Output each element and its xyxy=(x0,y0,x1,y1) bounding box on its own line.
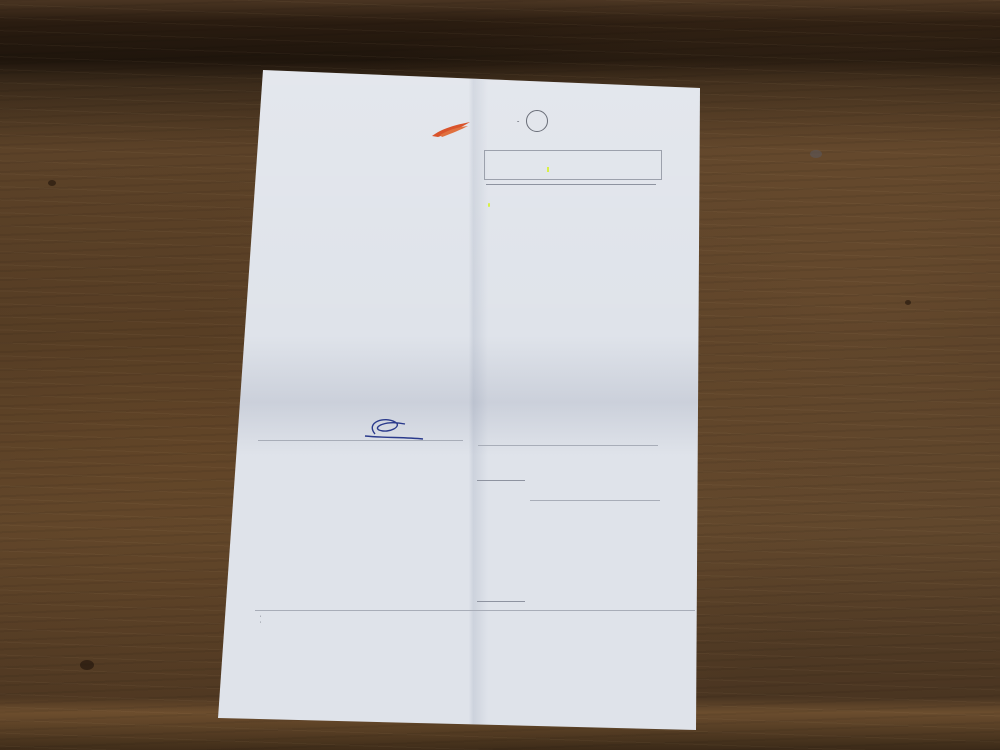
repair-item xyxy=(488,204,490,208)
sample-label xyxy=(477,479,525,481)
divider xyxy=(255,610,695,611)
divider xyxy=(478,445,658,446)
validity-box xyxy=(484,150,662,180)
repair-code xyxy=(488,203,490,207)
footnote-2: ² xyxy=(260,621,675,626)
footnote-1: ¹ xyxy=(260,615,675,620)
brand-logo-icon xyxy=(430,120,472,138)
validity-date xyxy=(547,168,549,173)
rdw-signature-label xyxy=(477,600,525,602)
signature-icon xyxy=(345,412,425,442)
divider xyxy=(530,500,660,501)
repairs-heading xyxy=(486,183,656,185)
logo-separator: = xyxy=(517,120,519,124)
objection-heading xyxy=(258,440,463,441)
nl-country-badge xyxy=(526,110,548,132)
validity-label xyxy=(488,162,538,163)
inspection-report-document: = ¹ ² xyxy=(0,0,1000,750)
